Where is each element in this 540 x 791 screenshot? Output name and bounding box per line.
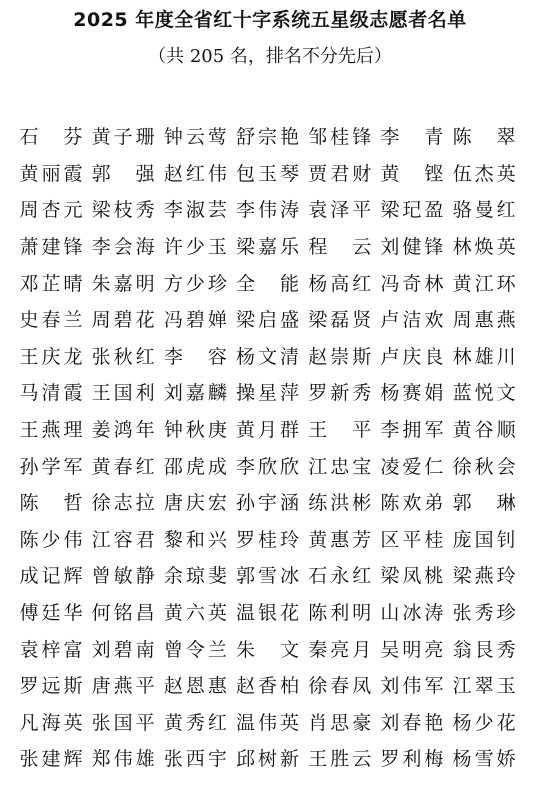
volunteer-name: 王国利 <box>90 381 162 405</box>
volunteer-name: 姜鸿年 <box>90 418 162 442</box>
volunteer-name: 梁玘盈 <box>379 198 451 222</box>
volunteer-name: 刘碧南 <box>90 638 162 662</box>
name-row: 黄丽霞郭强赵红伟包玉琴贾君财黄铿伍杰英 <box>18 156 528 193</box>
volunteer-name: 黎和兴 <box>162 528 234 552</box>
volunteer-name: 何铭昌 <box>90 601 162 625</box>
volunteer-name: 徐志拉 <box>90 491 162 515</box>
volunteer-name: 黄子珊 <box>90 125 162 149</box>
volunteer-name: 杨雪娇 <box>451 747 523 771</box>
volunteer-name: 凌爱仁 <box>379 455 451 479</box>
name-row: 王庆龙张秋红李容杨文清赵崇斯卢庆良林雄川 <box>18 339 528 376</box>
volunteer-name: 萧建锋 <box>18 235 90 259</box>
volunteer-name: 卢洁欢 <box>379 308 451 332</box>
volunteer-name: 李淑芸 <box>162 198 234 222</box>
volunteer-name: 徐春凤 <box>307 674 379 698</box>
volunteer-name: 成记辉 <box>18 564 90 588</box>
volunteer-name: 邹桂锋 <box>307 125 379 149</box>
name-row: 马清霞王国利刘嘉麟操星萍罗新秀杨赛娟蓝悦文 <box>18 375 528 412</box>
volunteer-name: 马清霞 <box>18 381 90 405</box>
volunteer-name: 赵红伟 <box>162 162 234 186</box>
volunteer-name: 余琼斐 <box>162 564 234 588</box>
volunteer-name: 钟云莺 <box>162 125 234 149</box>
volunteer-name-grid: 石芬黄子珊钟云莺舒宗艳邹桂锋李青陈翠黄丽霞郭强赵红伟包玉琴贾君财黄铿伍杰英周杏元… <box>18 119 528 778</box>
name-row: 张建辉郑伟雄张西宇邱树新王胜云罗利梅杨雪娇 <box>18 741 528 778</box>
volunteer-name: 陈少伟 <box>18 528 90 552</box>
volunteer-name: 梁凤桃 <box>379 564 451 588</box>
volunteer-name: 梁嘉乐 <box>235 235 307 259</box>
volunteer-name: 杨少花 <box>451 711 523 735</box>
volunteer-name: 张国平 <box>90 711 162 735</box>
volunteer-name: 林雄川 <box>451 345 523 369</box>
volunteer-name: 舒宗艳 <box>235 125 307 149</box>
volunteer-name: 唐燕平 <box>90 674 162 698</box>
volunteer-name: 庞国钊 <box>451 528 523 552</box>
volunteer-name: 蓝悦文 <box>451 381 523 405</box>
name-row: 萧建锋李会海许少玉梁嘉乐程云刘健锋林焕英 <box>18 229 528 266</box>
name-row: 陈哲徐志拉唐庆宏孙宇涵练洪彬陈欢弟郭琳 <box>18 485 528 522</box>
volunteer-name: 肖思豪 <box>307 711 379 735</box>
volunteer-name: 石芬 <box>18 125 84 149</box>
volunteer-name: 黄江环 <box>451 272 523 296</box>
volunteer-name: 梁枝秀 <box>90 198 162 222</box>
volunteer-name: 王庆龙 <box>18 345 90 369</box>
volunteer-name: 程云 <box>307 235 373 259</box>
volunteer-name: 黄丽霞 <box>18 162 90 186</box>
volunteer-name: 黄谷顺 <box>451 418 523 442</box>
volunteer-name: 全能 <box>235 272 301 296</box>
name-row: 邓芷晴朱嘉明方少珍全能杨高红冯奇林黄江环 <box>18 265 528 302</box>
volunteer-name: 朱文 <box>235 638 301 662</box>
volunteer-name: 山冰涛 <box>379 601 451 625</box>
volunteer-name: 罗桂玲 <box>235 528 307 552</box>
volunteer-name: 黄秀红 <box>162 711 234 735</box>
volunteer-name: 孙学军 <box>18 455 90 479</box>
name-row: 凡海英张国平黄秀红温伟英肖思豪刘春艳杨少花 <box>18 705 528 742</box>
volunteer-name: 林焕英 <box>451 235 523 259</box>
volunteer-name: 曾令兰 <box>162 638 234 662</box>
volunteer-name: 石永红 <box>307 564 379 588</box>
volunteer-name: 郑伟雄 <box>90 747 162 771</box>
volunteer-name: 练洪彬 <box>307 491 379 515</box>
volunteer-name: 刘嘉麟 <box>162 381 234 405</box>
document-title: 2025 年度全省红十字系统五星级志愿者名单 <box>0 8 540 32</box>
name-row: 周杏元梁枝秀李淑芸李伟涛袁泽平梁玘盈骆曼红 <box>18 192 528 229</box>
volunteer-name: 刘健锋 <box>379 235 451 259</box>
volunteer-name: 郭雪冰 <box>235 564 307 588</box>
volunteer-name: 包玉琴 <box>235 162 307 186</box>
volunteer-name: 卢庆良 <box>379 345 451 369</box>
name-row: 傅廷华何铭昌黄六英温银花陈利明山冰涛张秀珍 <box>18 595 528 632</box>
volunteer-name: 温银花 <box>235 601 307 625</box>
volunteer-name: 罗利梅 <box>379 747 451 771</box>
volunteer-name: 王胜云 <box>307 747 379 771</box>
volunteer-name: 贾君财 <box>307 162 379 186</box>
volunteer-name: 刘伟军 <box>379 674 451 698</box>
volunteer-name: 骆曼红 <box>451 198 523 222</box>
volunteer-name: 黄六英 <box>162 601 234 625</box>
volunteer-name: 孙宇涵 <box>235 491 307 515</box>
name-row: 成记辉曾敏静余琼斐郭雪冰石永红梁凤桃梁燕玲 <box>18 558 528 595</box>
volunteer-name: 周杏元 <box>18 198 90 222</box>
volunteer-name: 翁艮秀 <box>451 638 523 662</box>
volunteer-name: 杨高红 <box>307 272 379 296</box>
volunteer-name: 秦亮月 <box>307 638 379 662</box>
volunteer-name: 朱嘉明 <box>90 272 162 296</box>
volunteer-name: 凡海英 <box>18 711 90 735</box>
volunteer-name: 唐庆宏 <box>162 491 234 515</box>
volunteer-name: 刘春艳 <box>379 711 451 735</box>
volunteer-name: 史春兰 <box>18 308 90 332</box>
volunteer-name: 陈欢弟 <box>379 491 451 515</box>
volunteer-name: 李欣欣 <box>235 455 307 479</box>
volunteer-name: 徐秋会 <box>451 455 523 479</box>
volunteer-name: 李会海 <box>90 235 162 259</box>
volunteer-name: 邱树新 <box>235 747 307 771</box>
volunteer-name: 邓芷晴 <box>18 272 90 296</box>
volunteer-name: 罗远斯 <box>18 674 90 698</box>
volunteer-name: 张建辉 <box>18 747 90 771</box>
volunteer-name: 邵虎成 <box>162 455 234 479</box>
volunteer-name: 张西宇 <box>162 747 234 771</box>
volunteer-name: 冯奇林 <box>379 272 451 296</box>
volunteer-name: 李拥军 <box>379 418 451 442</box>
volunteer-name: 杨文清 <box>235 345 307 369</box>
volunteer-name: 曾敏静 <box>90 564 162 588</box>
volunteer-name: 罗新秀 <box>307 381 379 405</box>
volunteer-name: 江翠玉 <box>451 674 523 698</box>
volunteer-name: 冯碧婵 <box>162 308 234 332</box>
volunteer-name: 张秀珍 <box>451 601 523 625</box>
volunteer-name: 江忠宝 <box>307 455 379 479</box>
volunteer-name: 温伟英 <box>235 711 307 735</box>
volunteer-name: 赵崇斯 <box>307 345 379 369</box>
volunteer-name: 陈翠 <box>451 125 517 149</box>
name-row: 陈少伟江容君黎和兴罗桂玲黄惠芳区平桂庞国钊 <box>18 522 528 559</box>
volunteer-name: 钟秋庚 <box>162 418 234 442</box>
volunteer-name: 伍杰英 <box>451 162 523 186</box>
volunteer-name: 郭琳 <box>451 491 517 515</box>
volunteer-name: 王平 <box>307 418 373 442</box>
volunteer-name: 袁梓富 <box>18 638 90 662</box>
volunteer-name: 黄铿 <box>379 162 445 186</box>
volunteer-name: 杨赛娟 <box>379 381 451 405</box>
volunteer-name: 赵香柏 <box>235 674 307 698</box>
document-subtitle: （共 205 名，排名不分先后） <box>0 45 540 69</box>
volunteer-name: 袁泽平 <box>307 198 379 222</box>
name-row: 孙学军黄春红邵虎成李欣欣江忠宝凌爱仁徐秋会 <box>18 448 528 485</box>
volunteer-name: 梁启盛 <box>235 308 307 332</box>
name-row: 袁梓富刘碧南曾令兰朱文秦亮月吴明亮翁艮秀 <box>18 631 528 668</box>
volunteer-name: 梁燕玲 <box>451 564 523 588</box>
volunteer-name: 李容 <box>162 345 228 369</box>
volunteer-name: 李青 <box>379 125 445 149</box>
volunteer-name: 操星萍 <box>235 381 307 405</box>
volunteer-name: 周惠燕 <box>451 308 523 332</box>
name-row: 史春兰周碧花冯碧婵梁启盛梁磊贤卢洁欢周惠燕 <box>18 302 528 339</box>
volunteer-name: 郭强 <box>90 162 156 186</box>
name-row: 石芬黄子珊钟云莺舒宗艳邹桂锋李青陈翠 <box>18 119 528 156</box>
volunteer-name: 张秋红 <box>90 345 162 369</box>
volunteer-name: 王燕理 <box>18 418 90 442</box>
name-row: 王燕理姜鸿年钟秋庚黄月群王平李拥军黄谷顺 <box>18 412 528 449</box>
volunteer-name: 陈利明 <box>307 601 379 625</box>
volunteer-name: 区平桂 <box>379 528 451 552</box>
volunteer-name: 方少珍 <box>162 272 234 296</box>
volunteer-name: 李伟涛 <box>235 198 307 222</box>
volunteer-name: 黄月群 <box>235 418 307 442</box>
volunteer-name: 赵恩惠 <box>162 674 234 698</box>
volunteer-name: 江容君 <box>90 528 162 552</box>
volunteer-name: 黄春红 <box>90 455 162 479</box>
volunteer-name: 吴明亮 <box>379 638 451 662</box>
volunteer-name: 黄惠芳 <box>307 528 379 552</box>
volunteer-name: 梁磊贤 <box>307 308 379 332</box>
volunteer-name: 周碧花 <box>90 308 162 332</box>
name-row: 罗远斯唐燕平赵恩惠赵香柏徐春凤刘伟军江翠玉 <box>18 668 528 705</box>
volunteer-name: 许少玉 <box>162 235 234 259</box>
volunteer-name: 傅廷华 <box>18 601 90 625</box>
volunteer-name: 陈哲 <box>18 491 84 515</box>
